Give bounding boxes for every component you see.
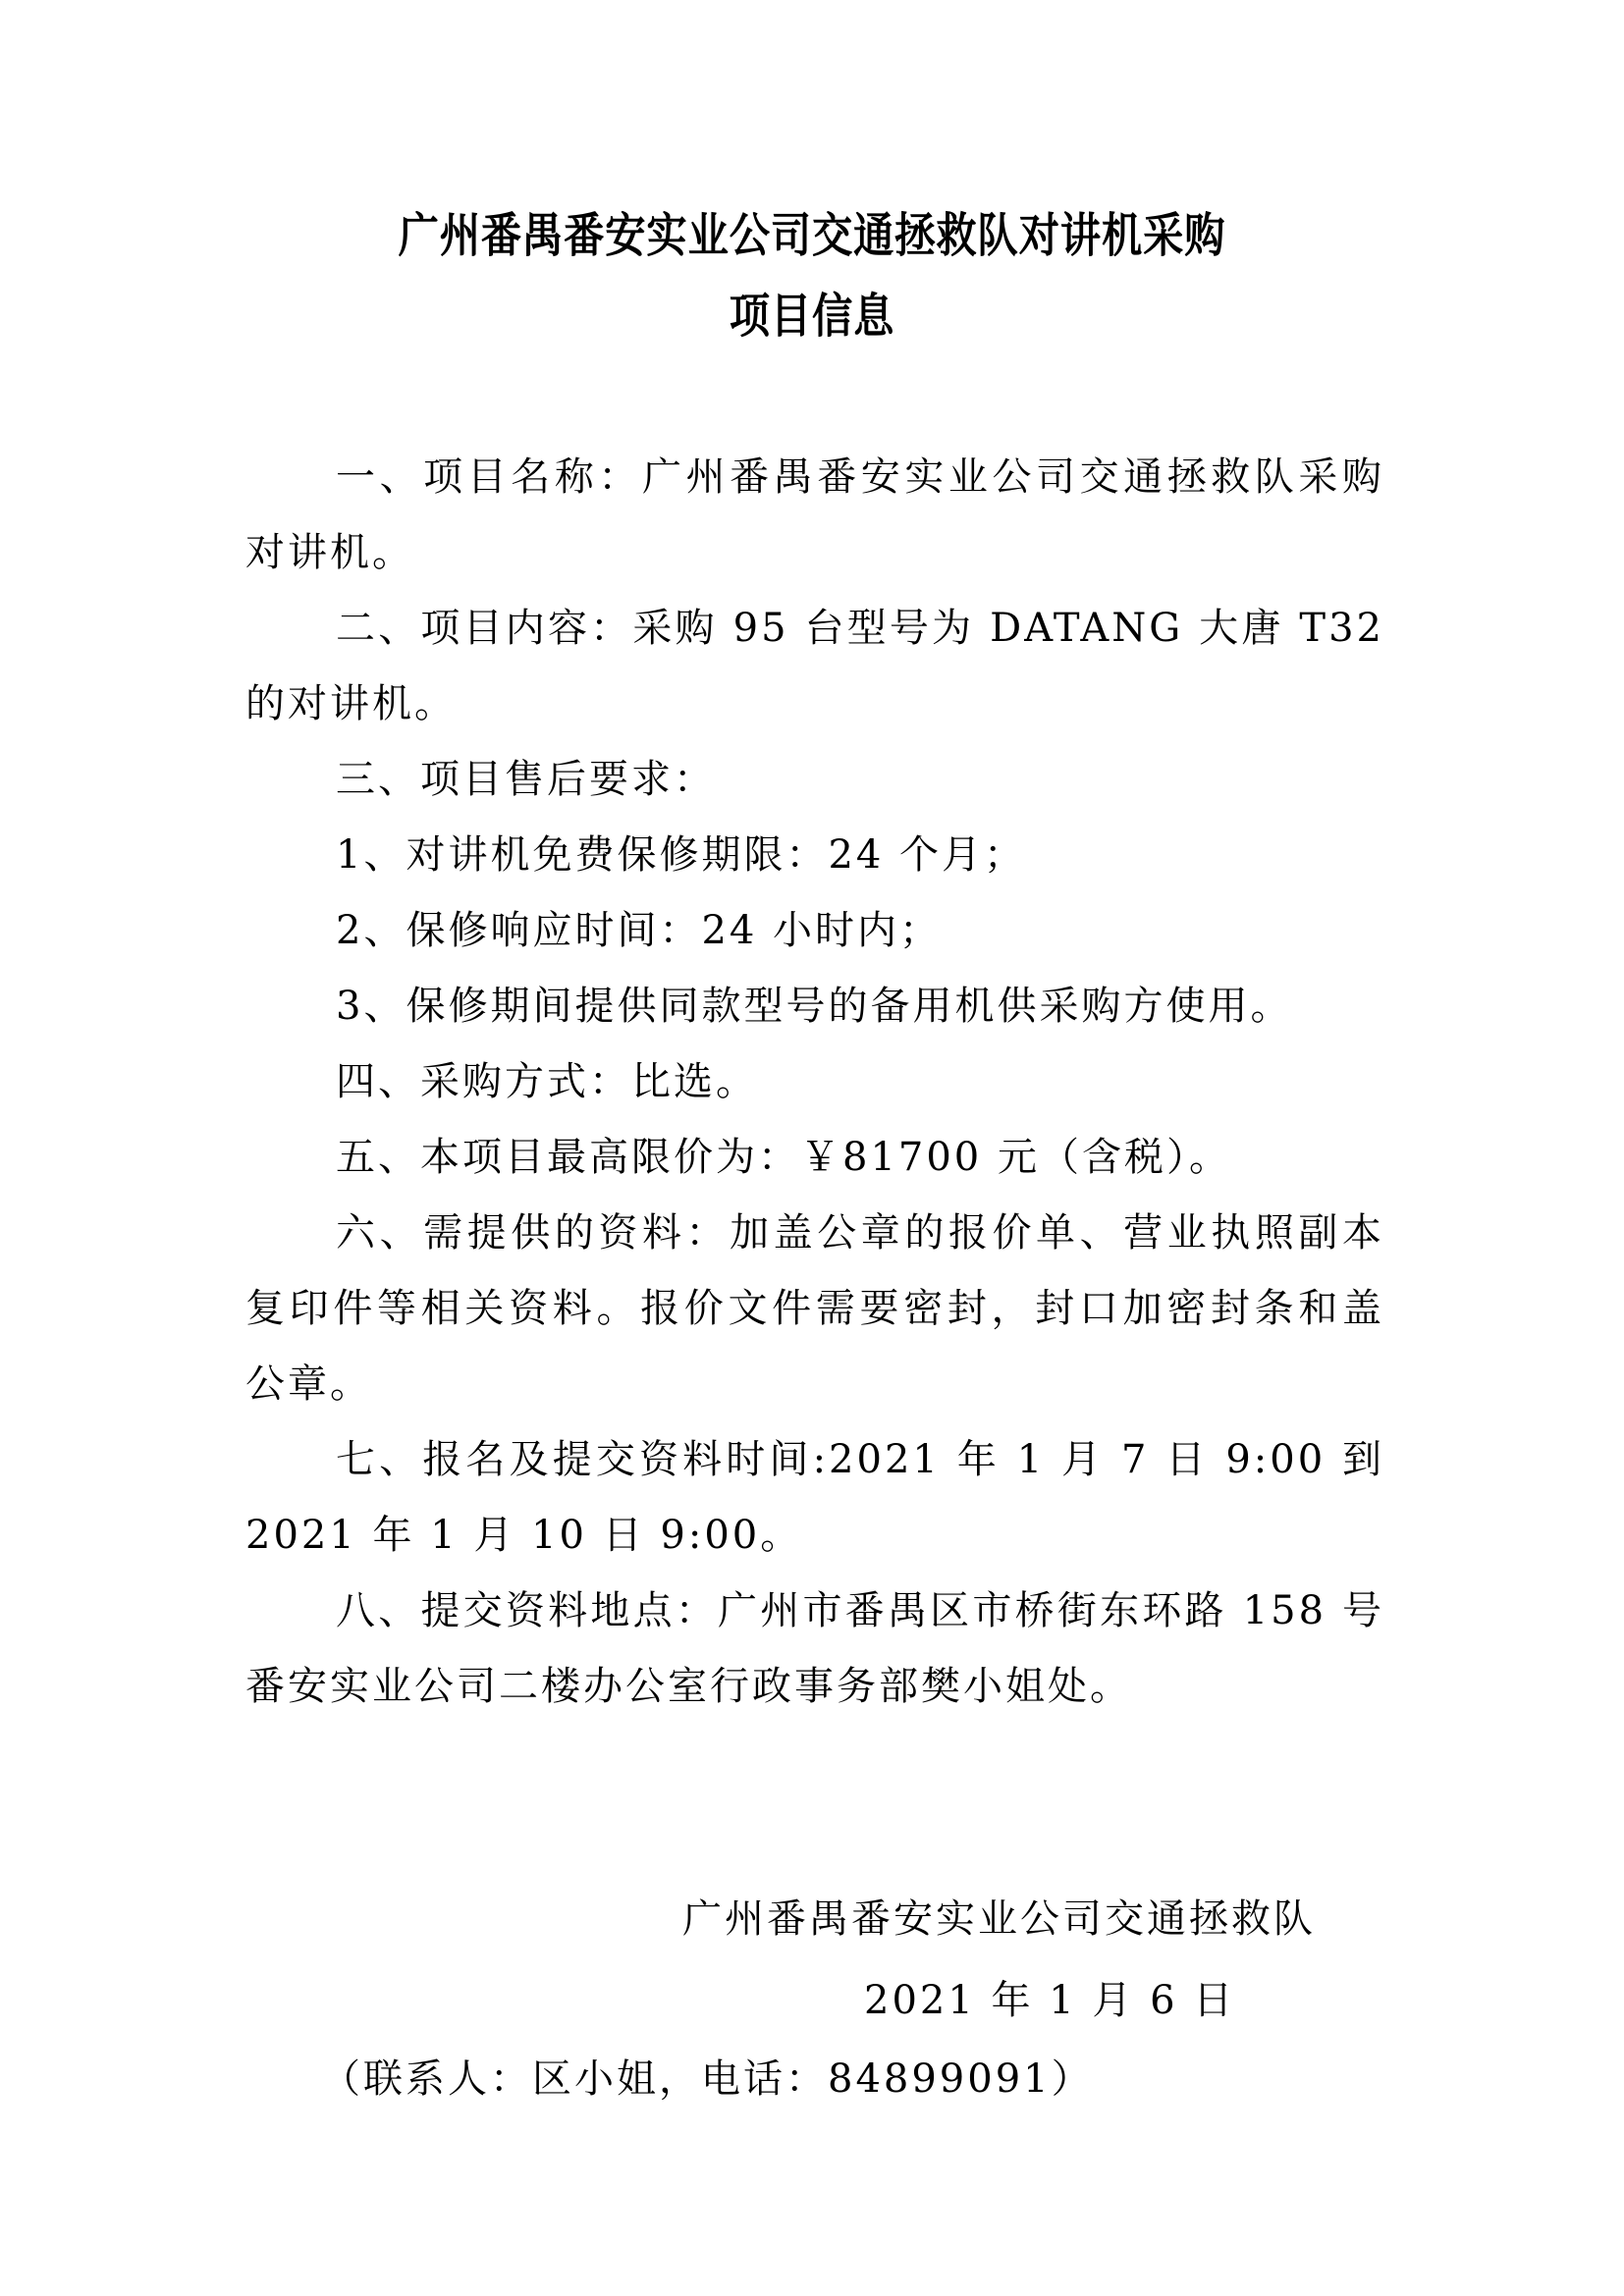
document-title: 广州番禺番安实业公司交通拯救队对讲机采购 [114,206,1510,265]
section-submission-time: 七、报名及提交资料时间:2021 年 1 月 7 日 9:00 到 2021 年… [245,1422,1384,1574]
document-page: 广州番禺番安实业公司交通拯救队对讲机采购 项目信息 一、项目名称：广州番禺番安实… [0,0,1624,2296]
section-required-materials: 六、需提供的资料：加盖公章的报价单、营业执照副本复印件等相关资料。报价文件需要密… [245,1196,1384,1422]
section-procurement-method: 四、采购方式：比选。 [245,1044,1384,1120]
section-after-sales: 三、项目售后要求： [245,742,1384,818]
section-submission-location: 八、提交资料地点：广州市番禺区市桥街东环路 158 号番安实业公司二楼办公室行政… [245,1574,1384,1725]
contact-info: （联系人：区小姐，电话：84899091） [321,2050,1094,2109]
document-subtitle: 项目信息 [114,287,1510,346]
after-sales-item-backup: 3、保修期间提供同款型号的备用机供采购方使用。 [245,969,1384,1044]
section-project-name: 一、项目名称：广州番禺番安实业公司交通拯救队采购对讲机。 [245,440,1384,591]
signature-organization: 广州番禺番安实业公司交通拯救队 [682,1890,1316,1949]
after-sales-item-response: 2、保修响应时间：24 小时内； [245,893,1384,969]
after-sales-item-warranty: 1、对讲机免费保修期限：24 个月； [245,818,1384,893]
document-body: 一、项目名称：广州番禺番安实业公司交通拯救队采购对讲机。 二、项目内容：采购 9… [245,440,1384,1725]
section-project-content: 二、项目内容：采购 95 台型号为 DATANG 大唐 T32 的对讲机。 [245,591,1384,742]
signature-date: 2021 年 1 月 6 日 [864,1971,1235,2030]
section-max-price: 五、本项目最高限价为：￥81700 元（含税）。 [245,1120,1384,1196]
